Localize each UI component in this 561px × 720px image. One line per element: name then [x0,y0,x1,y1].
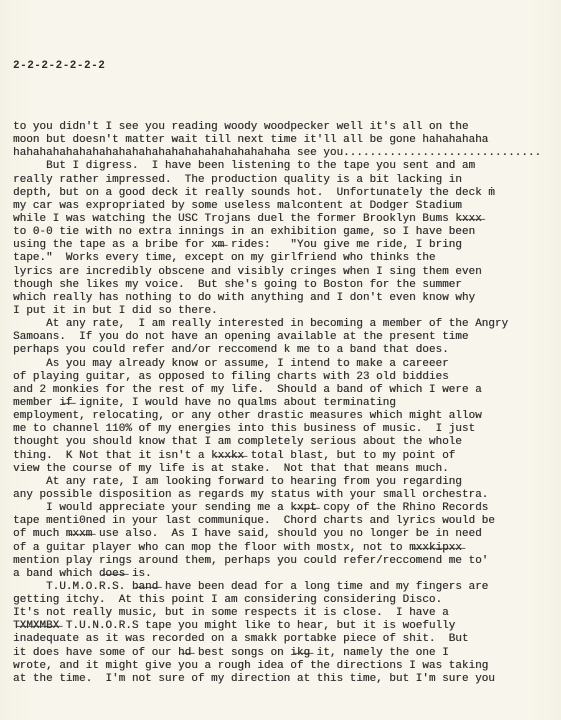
letter-line: it does have some of our h̶d̶ best songs… [13,647,557,660]
letter-line: getting itchy. At this point I am consid… [13,594,557,607]
letter-line: I put it in but I did so there. [13,305,557,318]
letter-line: Samoans. If you do not have an opening a… [13,331,557,344]
letter-line: though she likes my voice. But she's goi… [13,279,557,292]
letter-line: depth, but on a good deck it really soun… [13,187,557,200]
letter-line: moon but doesn't matter wait till next t… [13,134,557,147]
letter-line: T.U.M.O.R.S. b̶a̶n̶d̶ have been dead for… [13,581,557,594]
letter-line: at the time. I'm not sure of my directio… [13,673,557,686]
letter-body: to you didn't I see you reading woody wo… [13,121,557,686]
letter-line: perhaps you could refer and/or reccomend… [13,344,557,357]
letter-line: of a guitar player who can mop the floor… [13,542,557,555]
letter-line: a band which d̶o̶e̶s̶ is. [13,568,557,581]
letter-line: T̶X̶M̶X̶M̶B̶X̶ T.U.N.O.R.S tape you migh… [13,620,557,633]
letter-line: hahahahahahahahahahahahahahahahahahahaha… [13,147,557,160]
letter-line: inadequate as it was recorded on a smakk… [13,633,557,646]
letter-line: any possible disposition as regards my s… [13,489,557,502]
letter-line: view the course of my life is at stake. … [13,463,557,476]
letter-line: member i̶f̶ ignite, I would have no qual… [13,397,557,410]
letter-line: me to channel 110% of my energies into t… [13,423,557,436]
letter-line: of playing guitar, as opposed to filing … [13,371,557,384]
letter-line: At any rate, I am looking forward to hea… [13,476,557,489]
letter-line: tape menti0ned in your last communique. … [13,515,557,528]
page-number-header: 2-2-2-2-2-2-2 [13,60,105,72]
letter-line: thought you should know that I am comple… [13,436,557,449]
letter-line: which really has nothing to do with anyt… [13,292,557,305]
letter-page: 2-2-2-2-2-2-2 to you didn't I see you re… [0,0,561,720]
letter-line: mention play rings around them, perhaps … [13,555,557,568]
letter-line: my car was expropriated by some useless … [13,200,557,213]
letter-line: wrote, and it might give you a rough ide… [13,660,557,673]
letter-line: As you may already know or assume, I int… [13,358,557,371]
letter-line: using the tape as a bribe for x̶m̶ rides… [13,239,557,252]
letter-line: But I digress. I have been listening to … [13,160,557,173]
letter-line: It's not really music, but in some respe… [13,607,557,620]
letter-line: while I was watching the USC Trojans due… [13,213,557,226]
letter-line: lyrics are incredibly obscene and visibl… [13,266,557,279]
letter-line: really rather impressed. The production … [13,174,557,187]
letter-line: of much m̶x̶x̶m̶ use also. As I have sai… [13,528,557,541]
letter-line: tape." Works every time, except on my gi… [13,252,557,265]
letter-line: employment, relocating, or any other dra… [13,410,557,423]
letter-line: thing. K Not that it isn't a k̶x̶x̶k̶x̶ … [13,450,557,463]
letter-line: to 0-0 tie with no extra innings in an e… [13,226,557,239]
letter-line: I would appreciate your sending me a k̶x… [13,502,557,515]
letter-line: and 2 monkies for the rest of my life. S… [13,384,557,397]
letter-line: At any rate, I am really interested in b… [13,318,557,331]
letter-line: to you didn't I see you reading woody wo… [13,121,557,134]
